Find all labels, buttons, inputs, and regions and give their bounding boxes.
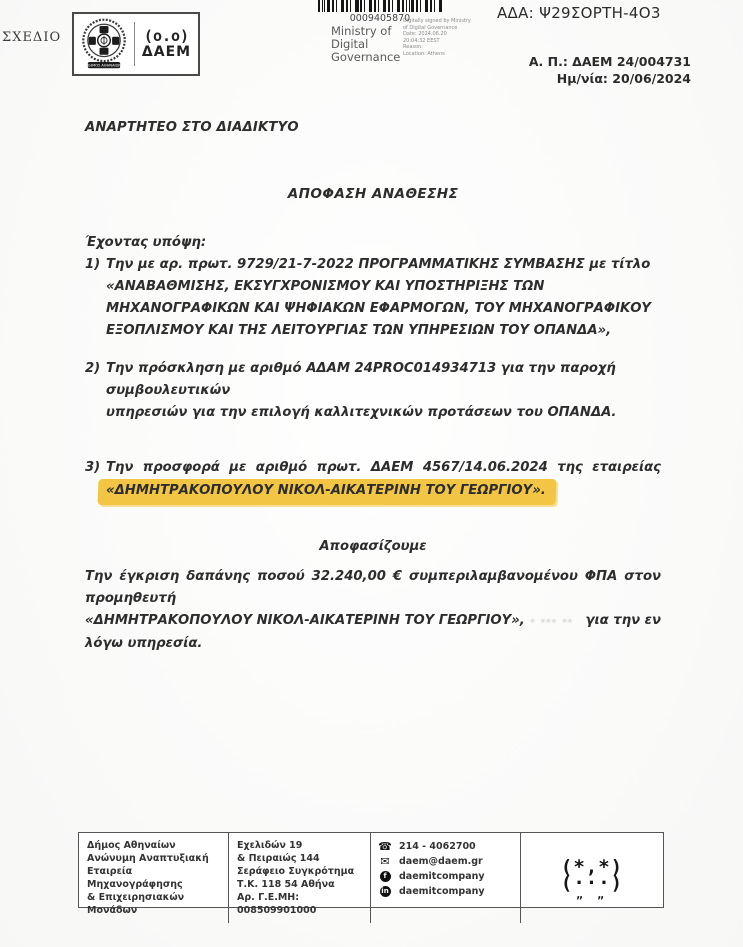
address-line: & Πειραιώς 144 (237, 852, 362, 865)
phone-number: 214 - 4062700 (399, 840, 476, 853)
line-suffix: για την εν (586, 610, 661, 632)
list-item-text: Την με αρ. πρωτ. 9729/21-7-2022 ΠΡΟΓΡΑΜΜ… (106, 254, 661, 342)
text-line: «ΑΝΑΒΑΘΜΙΣΗΣ, ΕΚΣΥΓΧΡΟΝΙΣΜΟΥ ΚΑΙ ΥΠΟΣΤΗΡ… (106, 276, 661, 298)
document-date: Ημ/νία: 20/06/2024 (557, 71, 691, 86)
email-address: daem@daem.gr (399, 855, 483, 868)
digital-signature-details: Digitally signed by Ministry of Digital … (403, 18, 489, 57)
daem-emoticon-logo: (*,*) (···) „ „ (521, 833, 663, 923)
document-title: ΑΠΟΦΑΣΗ ΑΝΑΘΕΣΗΣ (85, 183, 661, 205)
text-line: ΜΗΧΑΝΟΓΡΑΦΙΚΩΝ ΚΑΙ ΨΗΦΙΑΚΩΝ ΕΦΑΡΜΟΓΩΝ, Τ… (106, 298, 661, 320)
list-item-text: Την πρόσκληση με αριθμό ΑΔΑΜ 24PROC01493… (106, 358, 661, 424)
list-item-3: 3) Την προσφορά με αριθμό πρωτ. ΔΑΕΜ 456… (85, 457, 661, 505)
company-line: & Επιχειρησιακών Μονάδων (87, 891, 220, 917)
protocol-number: Α. Π.: ΔΑΕΜ 24/004731 (529, 54, 691, 69)
text-line: Την έγκριση δαπάνης ποσού 32.240,00 € συ… (85, 566, 661, 610)
footer-company-column: Δήμος Αθηναίων Ανώνυμη Αναπτυξιακή Εταιρ… (79, 833, 229, 923)
footer-address-column: Εχελιδών 19 & Πειραιώς 144 Σεράφειο Συγκ… (229, 833, 371, 923)
barcode (318, 0, 442, 12)
daem-name: ΔΑΕΜ (142, 45, 191, 60)
list-item-2: 2) Την πρόσκληση με αριθμό ΑΔΑΜ 24PROC01… (85, 358, 661, 424)
company-line: Εταιρεία Μηχανογράφησης (87, 865, 220, 891)
daem-face-glyph: (o.o) (144, 29, 189, 45)
decide-heading: Αποφασίζουμε (85, 536, 661, 558)
text-line: ΕΞΟΠΛΙΣΜΟΥ ΚΑΙ ΤΗΣ ΛΕΙΤΟΥΡΓΙΑΣ ΤΩΝ ΥΠΗΡΕ… (106, 320, 661, 342)
email-icon: ✉ (379, 855, 391, 868)
ministry-signature-name: Ministry of Digital Governance (331, 25, 400, 64)
highlighted-line: «ΔΗΜΗΤΡΑΚΟΠΟΥΛΟΥ ΝΙΚΟΛ-ΑΙΚΑΤΕΡΙΝΗ ΤΟΥ ΓΕ… (106, 479, 661, 505)
address-line: Τ.Κ. 118 54 Αθήνα (237, 878, 362, 891)
contact-row: in daemitcompany (379, 884, 512, 899)
linkedin-handle: daemitcompany (399, 885, 485, 898)
having-regard-label: Έχοντας υπόψη: (85, 232, 661, 254)
list-item-number: 2) (85, 358, 106, 424)
facebook-handle: daemitcompany (399, 870, 485, 883)
phone-icon: ☎ (379, 840, 391, 853)
emoticon-base: „ „ (576, 891, 608, 898)
linkedin-icon: in (379, 886, 391, 897)
footer-contacts-column: ☎ 214 - 4062700 ✉ daem@daem.gr f daemitc… (371, 833, 521, 923)
text-line: Την προσφορά με αριθμό πρωτ. ΔΑΕΜ 4567/1… (106, 457, 661, 479)
list-item-text: Την προσφορά με αριθμό πρωτ. ΔΑΕΜ 4567/1… (106, 457, 661, 505)
signature-line: Location: Athens (403, 51, 489, 58)
contact-row: ✉ daem@daem.gr (379, 854, 512, 869)
redacted-blurred-text: · ··· ·· · · ·· · · ··· (531, 611, 572, 633)
list-item-1: 1) Την με αρ. πρωτ. 9729/21-7-2022 ΠΡΟΓΡ… (85, 254, 661, 342)
document-page: ΣΧΕΔΙΟ ΔΗΜΟΣ ΑΘΗΝΑΙΩΝ (o.o) ΔΑΕΜ 00094 (0, 0, 743, 947)
address-line: Αρ. Γ.Ε.ΜΗ: 008509901000 (237, 891, 362, 917)
daem-wordmark: (o.o) ΔΑΕΜ (135, 29, 198, 59)
yellow-highlight: «ΔΗΜΗΤΡΑΚΟΠΟΥΛΟΥ ΝΙΚΟΛ-ΑΙΚΑΤΕΡΙΝΗ ΤΟΥ ΓΕ… (98, 479, 557, 505)
address-line: Εχελιδών 19 (237, 839, 362, 852)
text-line: Την πρόσκληση με αριθμό ΑΔΑΜ 24PROC01493… (106, 358, 661, 402)
ministry-line: Governance (331, 51, 400, 64)
athens-emblem-icon: ΔΗΜΟΣ ΑΘΗΝΑΙΩΝ (74, 17, 134, 71)
address-line: Σεράφειο Συγκρότημα (237, 865, 362, 878)
text-line: Την με αρ. πρωτ. 9729/21-7-2022 ΠΡΟΓΡΑΜΜ… (106, 254, 661, 276)
posted-online-label: ΑΝΑΡΤΗΤΕΟ ΣΤΟ ΔΙΑΔΙΚΤΥΟ (85, 117, 661, 139)
ada-code: ΑΔΑ: Ψ29ΣΟΡΤΗ-4Ο3 (497, 4, 661, 22)
contact-row: f daemitcompany (379, 869, 512, 884)
draft-stamp: ΣΧΕΔΙΟ (2, 30, 61, 45)
emblem-caption: ΔΗΜΟΣ ΑΘΗΝΑΙΩΝ (87, 64, 121, 68)
text-line: «ΔΗΜΗΤΡΑΚΟΠΟΥΛΟΥ ΝΙΚΟΛ-ΑΙΚΑΤΕΡΙΝΗ ΤΟΥ ΓΕ… (85, 610, 661, 633)
company-line: Ανώνυμη Αναπτυξιακή (87, 852, 220, 865)
supplier-name-repeat: «ΔΗΜΗΤΡΑΚΟΠΟΥΛΟΥ ΝΙΚΟΛ-ΑΙΚΑΤΕΡΙΝΗ ΤΟΥ ΓΕ… (85, 610, 525, 632)
footer-contact-block: Δήμος Αθηναίων Ανώνυμη Αναπτυξιακή Εταιρ… (78, 832, 664, 908)
list-item-number: 1) (85, 254, 106, 342)
text-line: υπηρεσιών για την επιλογή καλλιτεχνικών … (106, 402, 661, 424)
document-body: ΑΝΑΡΤΗΤΕΟ ΣΤΟ ΔΙΑΔΙΚΤΥΟ ΑΠΟΦΑΣΗ ΑΝΑΘΕΣΗΣ… (85, 117, 661, 655)
facebook-icon: f (379, 871, 391, 882)
daem-logo-box: ΔΗΜΟΣ ΑΘΗΝΑΙΩΝ (o.o) ΔΑΕΜ (72, 12, 200, 76)
supplier-name: «ΔΗΜΗΤΡΑΚΟΠΟΥΛΟΥ ΝΙΚΟΛ-ΑΙΚΑΤΕΡΙΝΗ ΤΟΥ ΓΕ… (106, 480, 546, 502)
company-line: Δήμος Αθηναίων (87, 839, 220, 852)
contact-row: ☎ 214 - 4062700 (379, 839, 512, 854)
text-line: λόγω υπηρεσία. (85, 633, 661, 655)
decision-paragraph: Την έγκριση δαπάνης ποσού 32.240,00 € συ… (85, 566, 661, 655)
